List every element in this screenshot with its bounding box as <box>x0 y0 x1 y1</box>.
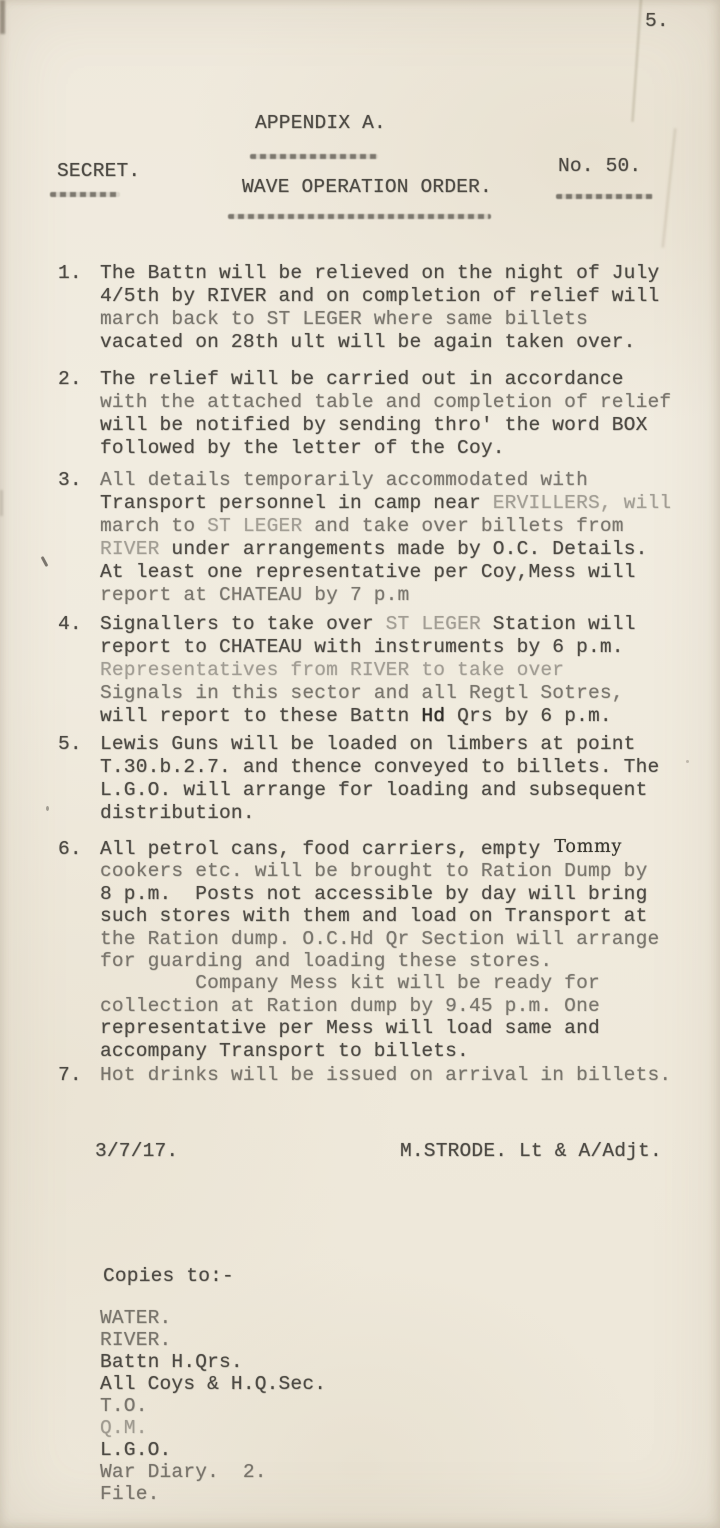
text-segment: for guarding and loading these stores. <box>100 950 552 972</box>
paragraph-number: 5. <box>58 733 82 756</box>
text-line: report at CHATEAU by 7 p.m <box>100 584 700 607</box>
distribution-item: All Coys & H.Q.Sec. <box>100 1373 326 1395</box>
order-paragraph: 7.Hot drinks will be issued on arrival i… <box>0 1064 720 1087</box>
underline-rule-order-title <box>228 214 491 219</box>
text-line: All petrol cans, food carriers, empty To… <box>100 838 700 860</box>
text-segment: 4/5th by RIVER and on completion of reli… <box>100 285 659 307</box>
text-line: will report to these Battn Hd Qrs by 6 p… <box>100 705 700 728</box>
text-segment: L.G.O. <box>100 1439 171 1461</box>
distribution-item: Q.M. <box>100 1417 326 1439</box>
text-line: Hot drinks will be issued on arrival in … <box>100 1064 700 1087</box>
paragraph-text: All details temporarily accommodated wit… <box>100 469 700 607</box>
text-segment: ST LEGER <box>207 515 302 537</box>
text-segment: Signallers to take over <box>100 613 386 635</box>
text-segment: The relief will be carried out in accord… <box>100 368 624 390</box>
order-title: WAVE OPERATION ORDER. <box>242 176 492 199</box>
text-segment: All Coys & H.Q.Sec. <box>100 1373 326 1395</box>
text-line: All details temporarily accommodated wit… <box>100 469 700 492</box>
order-date: 3/7/17. <box>95 1140 178 1163</box>
paragraph-number: 3. <box>58 469 82 492</box>
order-paragraph: 3.All details temporarily accommodated w… <box>0 469 720 607</box>
text-segment: Tommy <box>554 837 622 857</box>
appendix-title: APPENDIX A. <box>255 112 386 135</box>
underline-rule-order-number <box>556 194 653 199</box>
text-line: Lewis Guns will be loaded on limbers at … <box>100 733 700 756</box>
text-segment: T.O. <box>100 1395 148 1417</box>
text-segment: Transport personnel in camp near <box>100 492 493 514</box>
text-segment: Signals in this sector and all Regtl Sot… <box>100 682 624 704</box>
text-segment: Station will <box>481 613 636 635</box>
order-paragraph: 5.Lewis Guns will be loaded on limbers a… <box>0 733 720 825</box>
text-segment: WATER. <box>100 1307 171 1329</box>
text-line: The Battn will be relieved on the night … <box>100 262 700 285</box>
text-segment: cookers etc. will be brought to Ration D… <box>100 860 648 882</box>
paragraph-number: 2. <box>58 368 82 391</box>
text-line: Signallers to take over ST LEGER Station… <box>100 613 700 636</box>
text-segment: File. <box>100 1483 160 1505</box>
order-paragraph: 2.The relief will be carried out in acco… <box>0 368 720 460</box>
text-line: for guarding and loading these stores. <box>100 950 700 972</box>
text-line: Signals in this sector and all Regtl Sot… <box>100 682 700 705</box>
text-segment: will report to these Battn <box>100 705 421 727</box>
order-paragraph: 1.The Battn will be relieved on the nigh… <box>0 262 720 354</box>
text-line: RIVER under arrangements made by O.C. De… <box>100 538 700 561</box>
text-line: 8 p.m. Posts not accessible by day will … <box>100 883 700 905</box>
text-line: the Ration dump. O.C.Hd Qr Section will … <box>100 928 700 950</box>
text-line: with the attached table and completion o… <box>100 391 700 414</box>
distribution-list: WATER.RIVER.Battn H.Qrs.All Coys & H.Q.S… <box>100 1307 326 1505</box>
text-segment: Hot drinks will be issued on arrival in … <box>100 1064 671 1086</box>
text-segment: representative per Mess will load same a… <box>100 1017 600 1039</box>
text-line: will be notified by sending thro' the wo… <box>100 414 700 437</box>
text-segment: War Diary. 2. <box>100 1461 267 1483</box>
order-number: No. 50. <box>558 155 641 178</box>
text-line: L.G.O. will arrange for loading and subs… <box>100 779 700 802</box>
text-segment: under arrangements made by O.C. Details. <box>160 538 648 560</box>
text-segment: Company Mess kit will be ready for <box>100 972 600 994</box>
text-segment: Hd <box>421 705 445 727</box>
text-segment: ST LEGER <box>386 613 481 635</box>
text-segment: such stores with them and load on Transp… <box>100 905 648 927</box>
text-line: collection at Ration dump by 9.45 p.m. O… <box>100 995 700 1017</box>
text-segment: march to <box>100 515 207 537</box>
text-line: Representatives from RIVER to take over <box>100 659 700 682</box>
text-line: accompany Transport to billets. <box>100 1040 700 1062</box>
text-segment: RIVER. <box>100 1329 171 1351</box>
text-line: distribution. <box>100 802 700 825</box>
distribution-item: File. <box>100 1483 326 1505</box>
text-line: followed by the letter of the Coy. <box>100 437 700 460</box>
text-segment: T.30.b.2.7. and thence conveyed to bille… <box>100 756 659 778</box>
text-line: march to ST LEGER and take over billets … <box>100 515 700 538</box>
text-segment: report at CHATEAU by 7 p.m <box>100 584 409 606</box>
paragraph-text: Signallers to take over ST LEGER Station… <box>100 613 700 728</box>
text-segment: Lewis Guns will be loaded on limbers at … <box>100 733 636 755</box>
paragraph-number: 1. <box>58 262 82 285</box>
paragraph-text: The Battn will be relieved on the night … <box>100 262 700 354</box>
text-line: cookers etc. will be brought to Ration D… <box>100 860 700 882</box>
text-line: Transport personnel in camp near ERVILLE… <box>100 492 700 515</box>
paragraph-number: 6. <box>58 838 82 861</box>
text-line: Company Mess kit will be ready for <box>100 972 700 994</box>
distribution-item: RIVER. <box>100 1329 326 1351</box>
text-segment: accompany Transport to billets. <box>100 1040 469 1062</box>
text-segment: distribution. <box>100 802 255 824</box>
distribution-item: Battn H.Qrs. <box>100 1351 326 1373</box>
text-line: vacated on 28th ult will be again taken … <box>100 331 700 354</box>
text-segment: will be notified by sending thro' the wo… <box>100 414 648 436</box>
distribution-heading: Copies to:- <box>103 1265 234 1288</box>
text-segment: The Battn will be relieved on the night … <box>100 262 659 284</box>
signature-line: M.STRODE. Lt & A/Adjt. <box>400 1140 662 1163</box>
text-line: representative per Mess will load same a… <box>100 1017 700 1039</box>
text-segment: RIVER <box>100 538 160 560</box>
paper-crease <box>631 0 642 122</box>
text-line: march back to ST LEGER where same billet… <box>100 308 700 331</box>
order-paragraph: 4.Signallers to take over ST LEGER Stati… <box>0 613 720 728</box>
text-segment: Representatives from RIVER to take over <box>100 659 564 681</box>
text-segment: followed by the letter of the Coy. <box>100 437 505 459</box>
paper-crease <box>662 128 677 248</box>
text-line: The relief will be carried out in accord… <box>100 368 700 391</box>
paragraph-number: 4. <box>58 613 82 636</box>
text-segment: All petrol cans, food carriers, empty <box>100 838 552 860</box>
distribution-item: T.O. <box>100 1395 326 1417</box>
paragraph-text: Hot drinks will be issued on arrival in … <box>100 1064 700 1087</box>
text-segment: march back to ST LEGER where same billet… <box>100 308 588 330</box>
document-page: 5. APPENDIX A. SECRET. WAVE OPERATION OR… <box>0 0 720 1528</box>
text-segment: the Ration dump. O.C.Hd Qr Section will … <box>100 928 659 950</box>
text-segment: vacated on 28th ult will be again taken … <box>100 331 636 353</box>
text-segment: Battn H.Qrs. <box>100 1351 243 1373</box>
classification-label: SECRET. <box>57 160 140 183</box>
underline-rule-secret <box>50 192 120 197</box>
text-line: such stores with them and load on Transp… <box>100 905 700 927</box>
distribution-item: WATER. <box>100 1307 326 1329</box>
text-line: T.30.b.2.7. and thence conveyed to bille… <box>100 756 700 779</box>
text-segment: Qrs by 6 p.m. <box>445 705 612 727</box>
text-segment: and take over billets from <box>302 515 623 537</box>
paragraph-number: 7. <box>58 1064 82 1087</box>
paragraph-text: All petrol cans, food carriers, empty To… <box>100 838 700 1062</box>
text-segment: 8 p.m. Posts not accessible by day will … <box>100 883 648 905</box>
text-segment: At least one representative per Coy,Mess… <box>100 561 636 583</box>
distribution-item: L.G.O. <box>100 1439 326 1461</box>
text-segment: Q.M. <box>100 1417 148 1439</box>
scan-edge-mark <box>0 0 5 34</box>
order-paragraph: 6.All petrol cans, food carriers, empty … <box>0 838 720 1062</box>
paragraph-text: Lewis Guns will be loaded on limbers at … <box>100 733 700 825</box>
text-segment: with the attached table and completion o… <box>100 391 671 413</box>
text-segment: collection at Ration dump by 9.45 p.m. O… <box>100 995 600 1017</box>
text-segment: L.G.O. will arrange for loading and subs… <box>100 779 648 801</box>
paragraph-text: The relief will be carried out in accord… <box>100 368 700 460</box>
text-line: 4/5th by RIVER and on completion of reli… <box>100 285 700 308</box>
text-segment: ERVILLERS, will <box>493 492 672 514</box>
page-number: 5. <box>645 10 669 33</box>
text-line: At least one representative per Coy,Mess… <box>100 561 700 584</box>
text-segment: report to CHATEAU with instruments by 6 … <box>100 636 624 658</box>
underline-rule-appendix <box>250 154 378 159</box>
text-line: report to CHATEAU with instruments by 6 … <box>100 636 700 659</box>
text-segment: All details temporarily accommodated wit… <box>100 469 588 491</box>
distribution-item: War Diary. 2. <box>100 1461 326 1483</box>
